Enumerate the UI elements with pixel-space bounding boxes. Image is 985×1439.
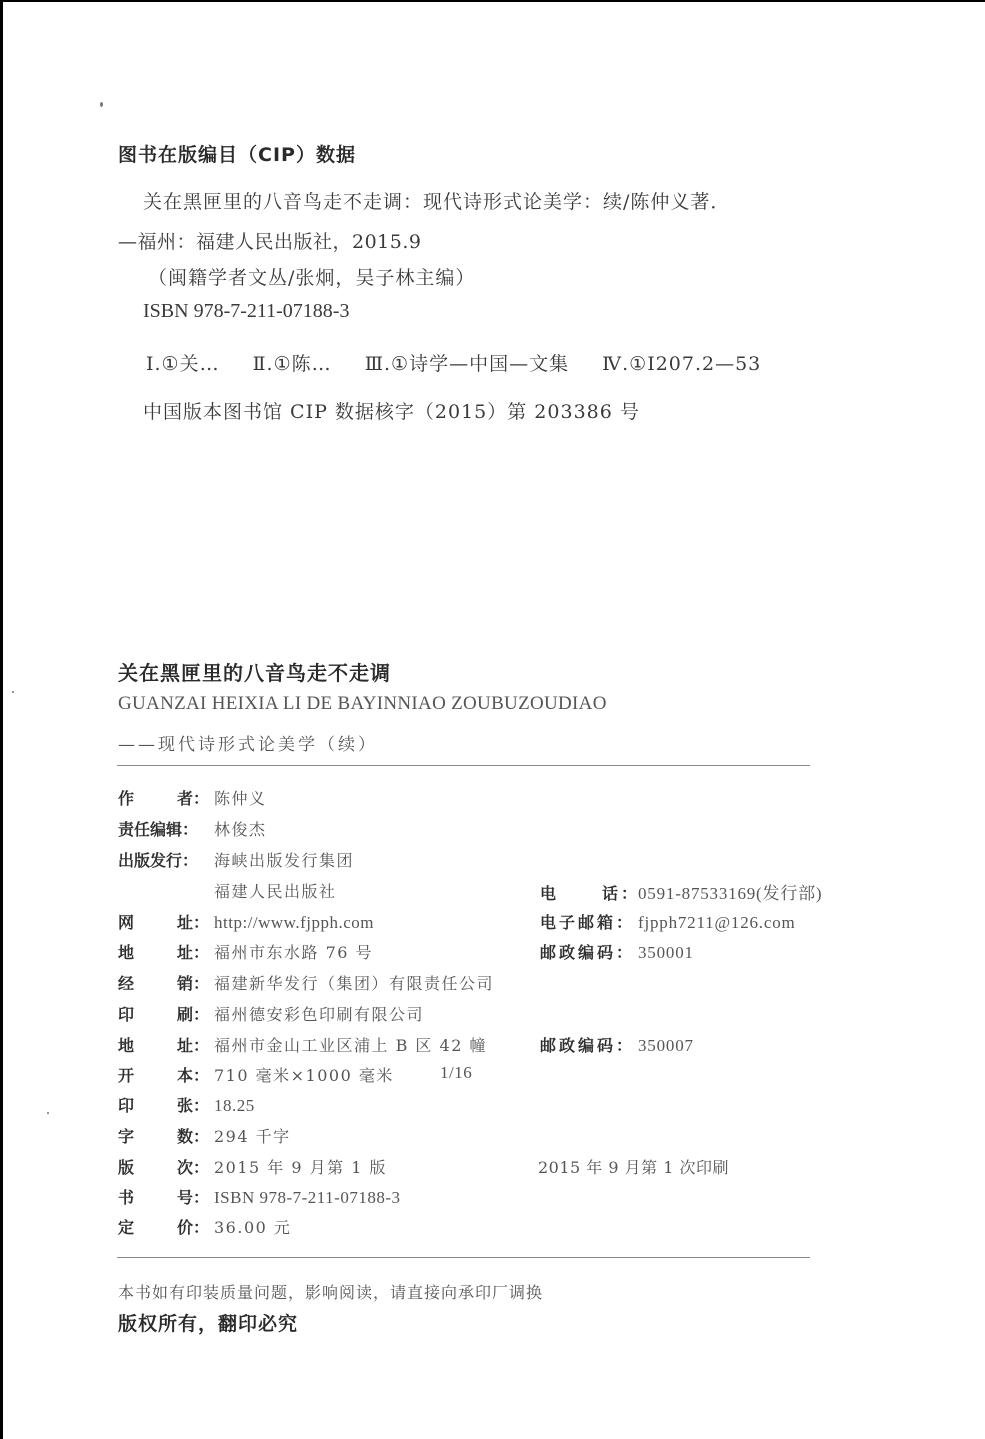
info-author: 作者：陈仲义 [118,786,267,810]
classification-1: Ⅰ.①关… [146,353,220,375]
info-publisher-2: 福建人民出版社 [118,879,337,903]
info-label: 邮政编码： [540,1033,638,1056]
info-label: 责任编辑： [118,817,214,840]
info-label: 印张： [118,1093,214,1116]
info-editor: 责任编辑：林俊杰 [118,817,267,841]
book-subtitle: ——现代诗形式论美学（续） [118,730,378,755]
info-value: 350001 [638,943,694,962]
info-label: 网址： [118,910,214,933]
scan-border-left [0,0,3,1439]
cip-publisher-line: —福州：福建人民出版社，2015.9 [118,227,421,254]
info-value: 710 毫米×1000 毫米 [214,1066,394,1085]
scan-speck [100,102,103,107]
cip-library-record: 中国版本图书馆 CIP 数据核字（2015）第 203386 号 [143,397,640,424]
info-value: 福州市东水路 76 号 [214,943,373,962]
info-printer-address: 地址：福州市金山工业区浦上 B 区 42 幢 [118,1033,487,1057]
cip-classification: Ⅰ.①关… Ⅱ.①陈… Ⅲ.①诗学—中国—文集 Ⅳ.①I207.2—53 [146,349,787,376]
info-value: 0591-87533169(发行部) [638,884,822,903]
info-edition: 版次：2015 年 9 月第 1 版 [118,1155,387,1179]
website-link[interactable]: http://www.fjpph.com [214,913,374,932]
info-label: 书号： [118,1185,214,1208]
info-word-count: 字数：294 千字 [118,1124,291,1148]
info-phone: 电话：0591-87533169(发行部) [540,879,822,904]
info-address: 地址：福州市东水路 76 号 [118,940,373,964]
info-label: 出版发行： [118,848,214,871]
info-label: 开本： [118,1063,214,1086]
copyright-notice: 版权所有，翻印必究 [118,1309,298,1336]
scan-speck [47,1112,49,1114]
info-value: 海峡出版发行集团 [214,851,354,870]
info-label: 地址： [118,940,214,963]
info-website: 网址：http://www.fjpph.com [118,910,374,934]
info-label: 作者： [118,786,214,809]
info-label: 地址： [118,1033,214,1056]
info-printing: 2015 年 9 月第 1 次印刷 [538,1155,729,1178]
book-title: 关在黑匣里的八音鸟走不走调 [118,657,391,686]
info-label: 版次： [118,1155,214,1178]
info-label: 电子邮箱： [540,910,638,933]
info-value: 福州德安彩色印刷有限公司 [214,1005,424,1024]
info-label: 邮政编码： [540,940,638,963]
info-label: 定价： [118,1215,214,1238]
scan-border-top [0,0,985,2]
info-label: 经销： [118,971,214,994]
info-printer: 印刷：福州德安彩色印刷有限公司 [118,1002,424,1026]
info-book-number: 书号：ISBN 978-7-211-07188-3 [118,1185,401,1209]
classification-3: Ⅲ.①诗学—中国—文集 [365,353,569,375]
info-postcode: 邮政编码：350001 [540,940,694,963]
info-label: 印刷： [118,1002,214,1025]
divider-top [117,765,810,766]
info-value: 36.00 元 [214,1218,291,1237]
classification-4: Ⅳ.①I207.2—53 [602,353,761,375]
info-value: 294 千字 [214,1127,291,1146]
email-link[interactable]: fjpph7211@126.com [638,913,796,932]
info-format-fraction: 1/16 [440,1063,472,1083]
info-value: 福建人民出版社 [214,882,337,901]
info-price: 定价：36.00 元 [118,1215,291,1239]
divider-bottom [117,1257,810,1258]
info-email: 电子邮箱：fjpph7211@126.com [540,910,796,933]
cip-isbn: ISBN 978-7-211-07188-3 [143,300,349,323]
quality-notice: 本书如有印装质量问题，影响阅读，请直接向承印厂调换 [118,1280,543,1303]
info-label: 字数： [118,1124,214,1147]
info-value: ISBN 978-7-211-07188-3 [214,1188,401,1207]
cip-title-line: 关在黑匣里的八音鸟走不走调：现代诗形式论美学：续/陈仲义著． [143,187,730,214]
info-sheets: 印张：18.25 [118,1093,255,1117]
classification-2: Ⅱ.①陈… [253,353,332,375]
info-value: 陈仲义 [214,789,267,808]
info-value: 福州市金山工业区浦上 B 区 42 幢 [214,1036,487,1055]
info-value: 福建新华发行（集团）有限责任公司 [214,974,494,993]
info-value: 350007 [638,1036,694,1055]
info-value: 18.25 [214,1096,255,1115]
info-publisher: 出版发行：海峡出版发行集团 [118,848,354,872]
info-label: 电话： [540,881,638,904]
cip-series-line: （闽籍学者文丛/张炯，吴子林主编） [148,263,475,290]
info-value: 林俊杰 [214,820,267,839]
info-format: 开本：710 毫米×1000 毫米 [118,1063,394,1087]
info-value: 2015 年 9 月第 1 版 [214,1158,387,1177]
book-pinyin-title: GUANZAI HEIXIA LI DE BAYINNIAO ZOUBUZOUD… [118,693,607,715]
scan-speck [12,691,14,693]
info-printer-postcode: 邮政编码：350007 [540,1033,694,1056]
cip-heading: 图书在版编目（CIP）数据 [118,140,356,167]
info-distributor: 经销：福建新华发行（集团）有限责任公司 [118,971,494,995]
